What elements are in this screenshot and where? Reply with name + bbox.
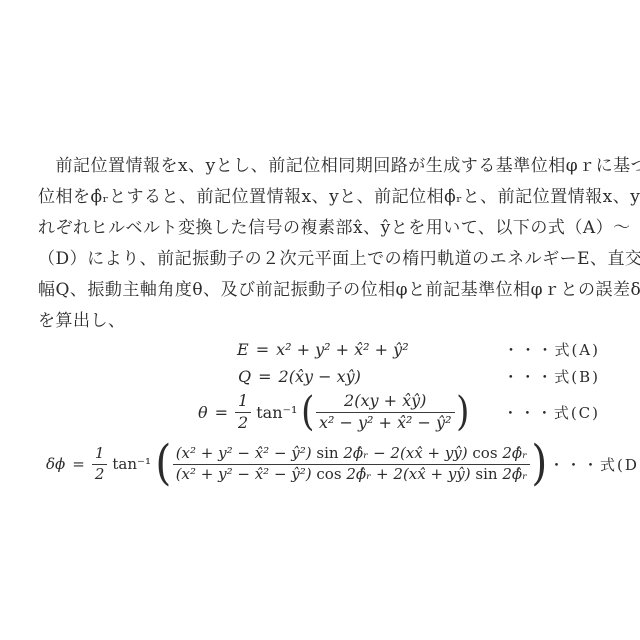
paragraph-line-6: を算出し、 <box>38 306 604 337</box>
equals-sign: = <box>215 403 228 422</box>
equation-a-lhs: E <box>237 340 249 359</box>
paragraph-line-5: 幅Q、振動主軸角度θ、及び前記振動子の位相φと前記基準位相φｒとの誤差δφ <box>38 275 604 306</box>
document-page: 前記位置情報をx、yとし、前記位相同期回路が生成する基準位相φｒに基づく 位相を… <box>0 0 640 640</box>
equation-d-label: ・・・式(D) <box>549 454 640 475</box>
equation-a-formula: E = x² + y² + x̂² + ŷ² <box>237 340 409 359</box>
patent-paragraph: 前記位置情報をx、yとし、前記位相同期回路が生成する基準位相φｒに基づく 位相を… <box>38 151 604 337</box>
equation-c-lhs: θ <box>198 403 208 422</box>
paragraph-line-3: れぞれヒルベルト変換した信号の複素部x̂、ŷとを用いて、以下の式（A）〜 <box>38 213 604 244</box>
equation-b-label: ・・・式(B) <box>503 366 600 387</box>
equation-a-label: ・・・式(A) <box>503 339 600 360</box>
equation-c-fraction: 2(xy + x̂ŷ) x² − y² + x̂² − ŷ² <box>316 391 455 434</box>
paragraph-line-2: 位相をϕ̂ᵣとすると、前記位置情報x、yと、前記位相ϕ̂ᵣと、前記位置情報x、y… <box>38 182 604 213</box>
close-paren: ) <box>532 442 548 485</box>
one-half-fraction: 1 2 <box>235 391 251 434</box>
equation-a-rhs: x² + y² + x̂² + ŷ² <box>276 340 409 359</box>
equation-d-formula: δϕ = 1 2 tan⁻¹ ( (x² + y² − x̂² − ŷ²) si… <box>46 442 549 485</box>
paragraph-line-1: 前記位置情報をx、yとし、前記位相同期回路が生成する基準位相φｒに基づく <box>38 151 604 182</box>
equals-sign: = <box>258 367 271 386</box>
equation-d-lhs: δϕ <box>46 455 65 473</box>
equation-row-d: δϕ = 1 2 tan⁻¹ ( (x² + y² − x̂² − ŷ²) si… <box>38 437 600 491</box>
one-half-fraction: 1 2 <box>92 444 108 484</box>
equation-row-c: θ = 1 2 tan⁻¹ ( 2(xy + x̂ŷ) x² − y² + x̂… <box>38 389 600 435</box>
arctan-function: tan⁻¹ <box>112 455 151 473</box>
equation-b-rhs: 2(x̂y − xŷ) <box>279 367 361 386</box>
equation-row-b: Q = 2(x̂y − xŷ) ・・・式(B) <box>38 363 600 389</box>
equation-b-formula: Q = 2(x̂y − xŷ) <box>238 367 361 386</box>
equation-d-fraction: (x² + y² − x̂² − ŷ²) sin 2ϕ̂ᵣ − 2(xx̂ + … <box>173 444 531 484</box>
arctan-function: tan⁻¹ <box>256 403 297 422</box>
open-paren: ( <box>302 394 315 430</box>
equals-sign: = <box>256 340 269 359</box>
close-paren: ) <box>456 394 469 430</box>
equation-b-lhs: Q <box>238 367 251 386</box>
equals-sign: = <box>72 455 85 473</box>
equation-c-label: ・・・式(C) <box>503 402 600 423</box>
equation-row-a: E = x² + y² + x̂² + ŷ² ・・・式(A) <box>38 336 600 362</box>
open-paren: ( <box>155 442 171 485</box>
paragraph-line-4: （D）により、前記振動子の２次元平面上での楕円軌道のエネルギーE、直交振 <box>38 244 604 275</box>
equation-c-formula: θ = 1 2 tan⁻¹ ( 2(xy + x̂ŷ) x² − y² + x̂… <box>198 391 470 434</box>
